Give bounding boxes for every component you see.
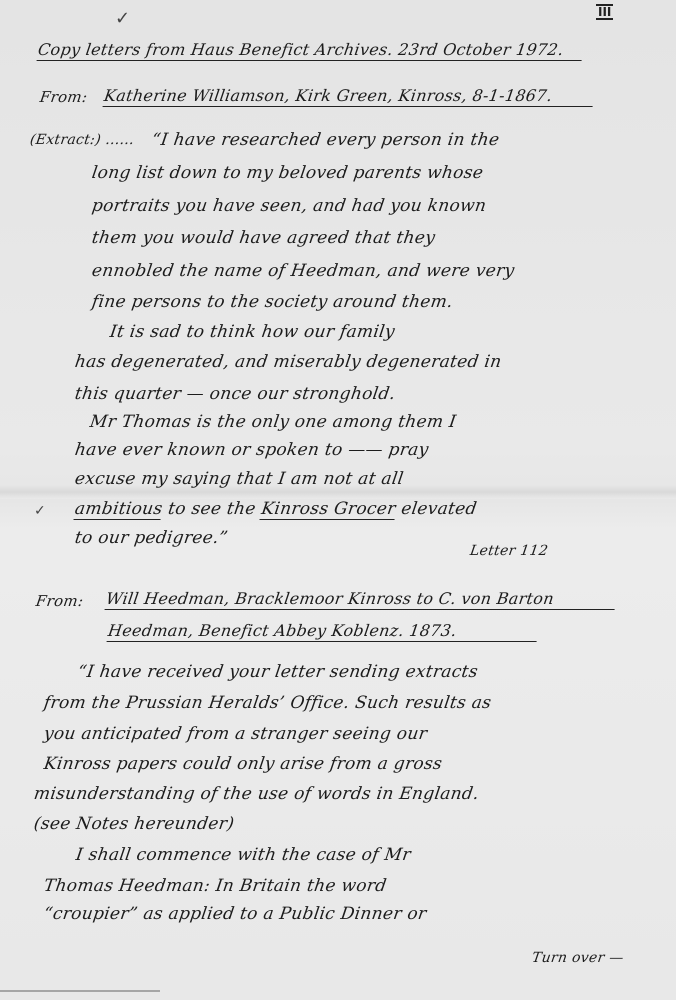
letter1-line: ennobled the name of Heedman, and were v…	[91, 261, 516, 281]
letter1-line: excuse my saying that I am not at all	[74, 469, 405, 489]
page-edge	[0, 990, 160, 992]
letter1-line: has degenerated, and miserably degenerat…	[74, 352, 503, 372]
letter2-line: Thomas Heedman: In Britain the word	[43, 876, 388, 896]
letter2-from-line1: Will Heedman, Bracklemoor Kinross to C. …	[105, 589, 618, 610]
letter1-line: them you would have agreed that they	[91, 228, 437, 248]
letter2-line: you anticipated from a stranger seeing o…	[43, 724, 429, 744]
letter1-line: have ever known or spoken to —— pray	[74, 440, 430, 460]
letter2-line: from the Prussian Heralds’ Office. Such …	[43, 693, 493, 713]
excerpt-label: (Extract:) ......	[29, 132, 135, 148]
letter2-line: misunderstanding of the use of words in …	[33, 784, 481, 804]
letter2-line: (see Notes hereunder)	[33, 814, 236, 834]
letter1-line: portraits you have seen, and had you kno…	[91, 196, 488, 216]
letter1-line: long list down to my beloved parents who…	[91, 163, 485, 183]
letter1-line: It is sad to think how our family	[109, 322, 397, 342]
check-mark-icon: ✓	[115, 8, 130, 29]
check-mark-icon: ✓	[34, 503, 46, 519]
letter2-from-line2: Heedman, Benefict Abbey Koblenz. 1873.	[107, 621, 540, 642]
letter1-from-label: From:	[39, 88, 89, 106]
letter1-line: this quarter — once our stronghold.	[74, 384, 397, 404]
letter1-line: to our pedigree.”	[74, 528, 230, 548]
page-number: III	[596, 4, 613, 20]
letter1-from-detail: Katherine Williamson, Kirk Green, Kinros…	[103, 86, 596, 107]
letter2-line: “I have received your letter sending ext…	[77, 662, 480, 682]
letter2-line: I shall commence with the case of Mr	[75, 845, 413, 865]
letter1-line: Mr Thomas is the only one among them I	[89, 412, 458, 432]
letter2-line: “croupier” as applied to a Public Dinner…	[43, 904, 428, 924]
continuation-note: Turn over —	[531, 950, 625, 966]
letter1-line: ambitious to see the Kinross Grocer elev…	[74, 499, 479, 519]
letter-reference: Letter 112	[469, 543, 549, 559]
letter1-line: fine persons to the society around them.	[91, 292, 455, 312]
letter1-line: “I have researched every person in the	[151, 130, 501, 150]
document-header: Copy letters from Haus Benefict Archives…	[37, 40, 585, 61]
letter2-line: Kinross papers could only arise from a g…	[43, 754, 444, 774]
letter2-from-label: From:	[35, 592, 85, 610]
